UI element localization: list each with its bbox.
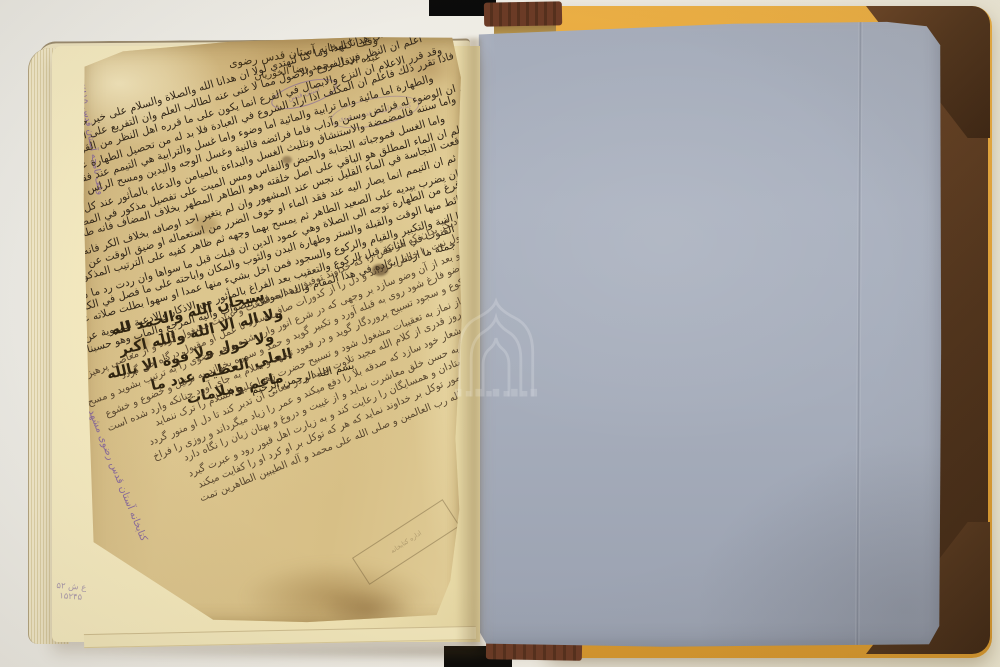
gutter-shadow [456, 38, 482, 646]
catalog-note-line-2: ۱۵۲۴۵ [55, 591, 86, 603]
photograph-open-manuscript-book: وقف کتابخانه آستان قدس رضوی عبده الاقل م… [0, 0, 1000, 667]
blue-flyleaf-page [477, 20, 943, 648]
rect-stamp-text: اداره کتابخانه [389, 529, 423, 555]
page-crease-line [855, 20, 862, 648]
catalog-number-note: ۵۲ ع ش ۱۵۲۴۵ [55, 581, 86, 603]
leather-spine-top [484, 1, 562, 26]
manuscript-leaf: وقف کتابخانه آستان قدس رضوی عبده الاقل م… [72, 36, 464, 628]
